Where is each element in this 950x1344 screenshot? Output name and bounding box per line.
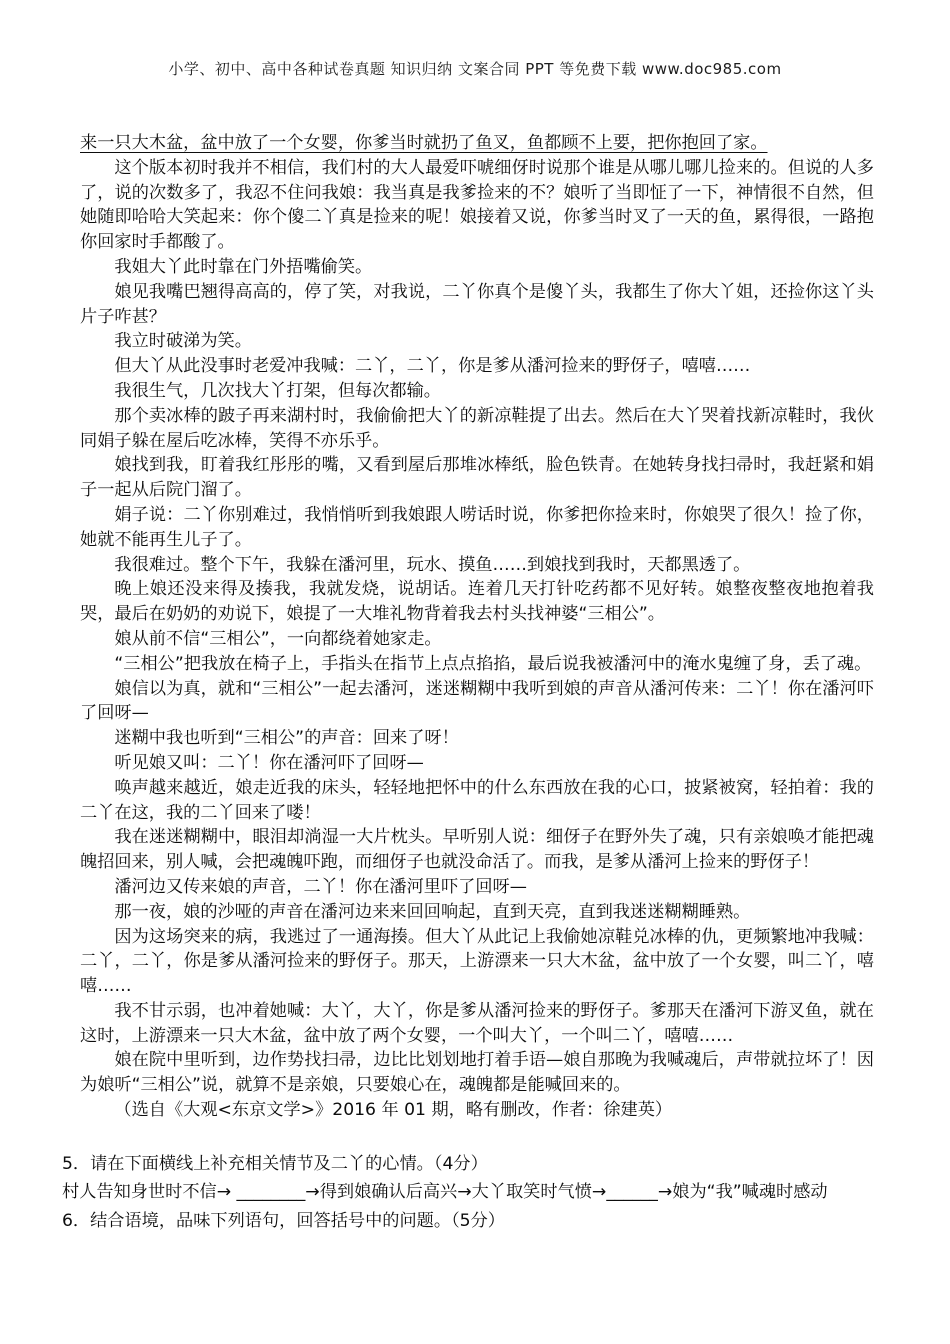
passage-paragraph: 但大丫从此没事时老爱冲我喊：二丫，二丫，你是爹从潘河捡来的野伢子，嘻嘻…… xyxy=(80,354,874,379)
passage-paragraph: 我姐大丫此时靠在门外捂嘴偷笑。 xyxy=(80,255,874,280)
passage-paragraph: 听见娘又叫：二丫！你在潘河吓了回呀— xyxy=(80,751,874,776)
passage-paragraph: 那个卖冰棒的跛子再来湖村时，我偷偷把大丫的新凉鞋提了出去。然后在大丫哭着找新凉鞋… xyxy=(80,404,874,454)
passage-paragraph: 我不甘示弱，也冲着她喊：大丫，大丫，你是爹从潘河捡来的野伢子。爹那天在潘河下游叉… xyxy=(80,999,874,1049)
passage-paragraph: 这个版本初时我并不相信，我们村的大人最爱吓唬细伢时说那个谁是从哪儿哪儿捡来的。但… xyxy=(80,156,874,255)
exam-document-page: 小学、初中、高中各种试卷真题 知识归纳 文案合同 PPT 等免费下载 www.d… xyxy=(0,0,950,1344)
passage-paragraph: 唤声越来越近，娘走近我的床头，轻轻地把怀中的什么东西放在我的心口，披紧被窝，轻拍… xyxy=(80,776,874,826)
passage-paragraph: 那一夜，娘的沙哑的声音在潘河边来来回回响起，直到天亮，直到我迷迷糊糊睡熟。 xyxy=(80,900,874,925)
question-6-prompt: 6．结合语境，品味下列语句，回答括号中的问题。（5分） xyxy=(62,1207,944,1235)
passage-paragraph: 我立时破涕为笑。 xyxy=(80,329,874,354)
question-5-answer-blanks-line: 村人告知身世时不信→ ________→得到娘确认后高兴→大丫取笑时气愤→___… xyxy=(62,1178,944,1206)
passage-paragraph: 娘从前不信“三相公”，一向都绕着她家走。 xyxy=(80,627,874,652)
passage-underlined-continuation-line: 来一只大木盆，盆中放了一个女婴，你爹当时就扔了鱼叉，鱼都顾不上要，把你抱回了家。 xyxy=(80,131,874,156)
passage-source-citation: （选自《大观<东京文学>》2016 年 01 期，略有删改，作者：徐建英） xyxy=(80,1098,874,1123)
passage-paragraph: 迷糊中我也听到“三相公”的声音：回来了呀！ xyxy=(80,726,874,751)
passage-paragraph: 我在迷迷糊糊中，眼泪却淌湿一大片枕头。早听别人说：细伢子在野外失了魂，只有亲娘唤… xyxy=(80,825,874,875)
passage-paragraph: 娘在院中里听到，边作势找扫帚，边比比划划地打着手语—娘自那晚为我喊魂后，声带就拉… xyxy=(80,1048,874,1098)
passage-paragraph: 晚上娘还没来得及揍我，我就发烧，说胡话。连着几天打针吃药都不见好转。娘整夜整夜地… xyxy=(80,577,874,627)
site-watermark-header: 小学、初中、高中各种试卷真题 知识归纳 文案合同 PPT 等免费下载 www.d… xyxy=(0,58,950,79)
question-5-prompt: 5．请在下面横线上补充相关情节及二丫的心情。（4分） xyxy=(62,1150,944,1178)
passage-paragraph: “三相公”把我放在椅子上，手指头在指节上点点掐掐，最后说我被潘河中的淹水鬼缠了身… xyxy=(80,652,874,677)
passage-paragraph: 我很生气，几次找大丫打架，但每次都输。 xyxy=(80,379,874,404)
passage-paragraph: 娘信以为真，就和“三相公”一起去潘河，迷迷糊糊中我听到娘的声音从潘河传来：二丫！… xyxy=(80,677,874,727)
passage-paragraph: 潘河边又传来娘的声音，二丫！你在潘河里吓了回呀— xyxy=(80,875,874,900)
passage-paragraph: 因为这场突来的病，我逃过了一通海揍。但大丫从此记上我偷她凉鞋兑冰棒的仇，更频繁地… xyxy=(80,925,874,999)
passage-paragraph: 娘见我嘴巴翘得高高的，停了笑，对我说，二丫你真个是傻丫头，我都生了你大丫姐，还捡… xyxy=(80,280,874,330)
passage-paragraph: 娟子说：二丫你别难过，我悄悄听到我娘跟人唠话时说，你爹把你捡来时，你娘哭了很久！… xyxy=(80,503,874,553)
reading-passage: 来一只大木盆，盆中放了一个女婴，你爹当时就扔了鱼叉，鱼都顾不上要，把你抱回了家。… xyxy=(80,131,874,1123)
passage-paragraph: 娘找到我，盯着我红彤彤的嘴，又看到屋后那堆冰棒纸，脸色铁青。在她转身找扫帚时，我… xyxy=(80,453,874,503)
question-section: 5．请在下面横线上补充相关情节及二丫的心情。（4分） 村人告知身世时不信→ __… xyxy=(62,1150,944,1235)
passage-paragraph: 我很难过。整个下午，我躲在潘河里，玩水、摸鱼……到娘找到我时，天都黑透了。 xyxy=(80,553,874,578)
